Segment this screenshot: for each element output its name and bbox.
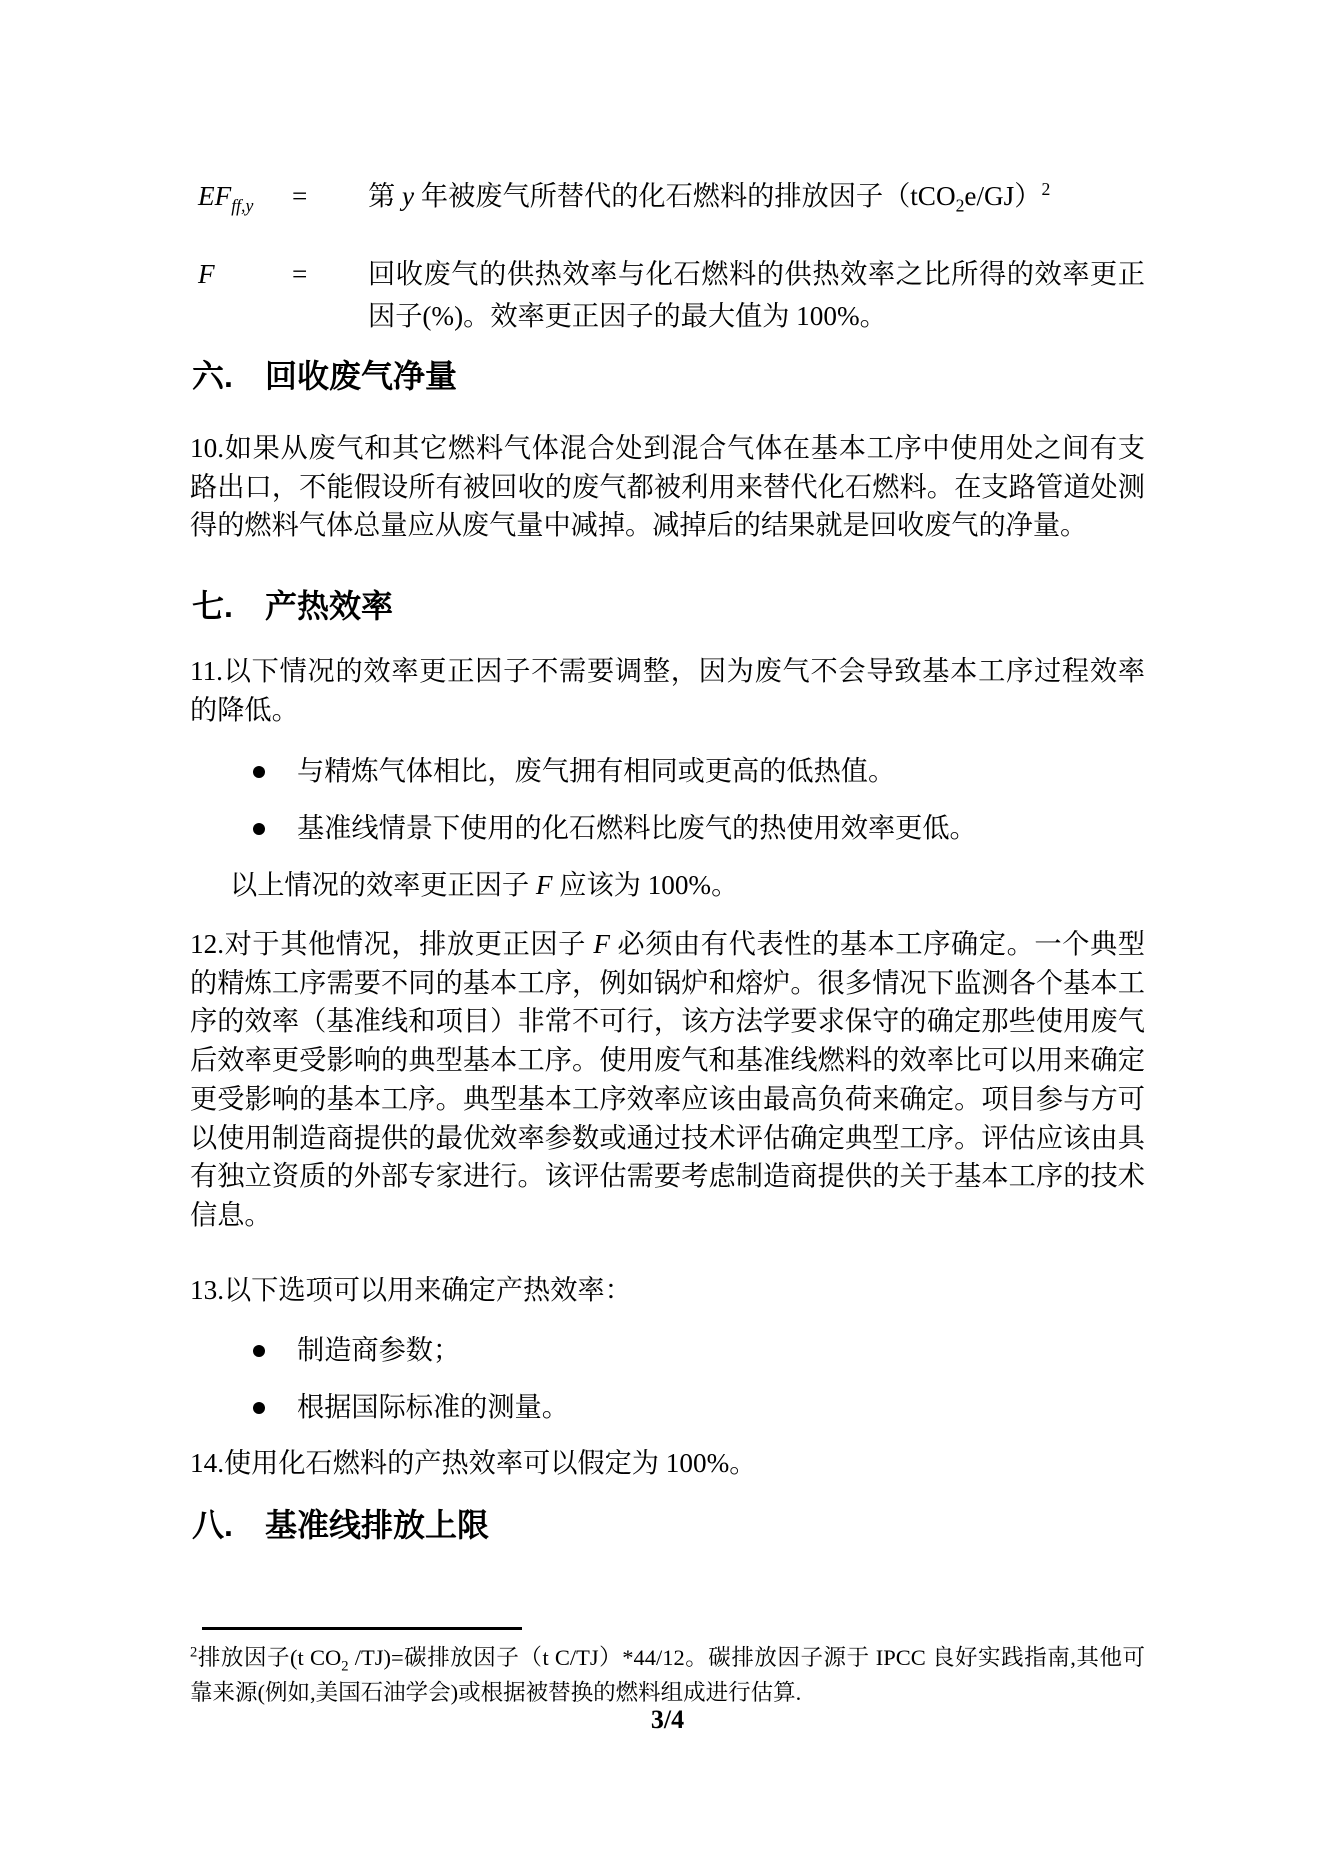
list-item: 根据国际标准的测量。 [253, 1388, 1145, 1427]
bullet-icon [253, 823, 265, 835]
section-number: 七. [192, 586, 265, 626]
inline-variable-f: F [593, 929, 610, 959]
footnote-text-part: 排放因子(t CO [197, 1645, 341, 1670]
note-text-part: 应该为 100%。 [552, 870, 738, 900]
variable-subscript: ff,y [231, 195, 253, 215]
note-text-part: 以上情况的效率更正因子 [230, 870, 536, 900]
section-number: 八. [192, 1505, 265, 1545]
variable-symbol-f: F [198, 253, 292, 337]
list-item: 与精炼气体相比，废气拥有相同或更高的低热值。 [253, 752, 1145, 791]
section-title: 产热效率 [265, 588, 393, 624]
paragraph-14: 14.使用化石燃料的产热效率可以假定为 100%。 [190, 1444, 1145, 1483]
inline-variable-f: F [536, 870, 553, 900]
section-heading-eight: 八.基准线排放上限 [192, 1505, 1145, 1545]
equals-sign: = [292, 253, 368, 337]
list-item-text: 制造商参数； [297, 1335, 460, 1365]
paragraph-12: 12.对于其他情况，排放更正因子 F 必须由有代表性的基本工序确定。一个典型的精… [190, 925, 1145, 1235]
equals-sign: = [292, 175, 368, 217]
document-page: EFff,y = 第 y 年被废气所替代的化石燃料的排放因子（tCO2e/GJ）… [0, 0, 1323, 1871]
section-title: 基准线排放上限 [265, 1507, 489, 1543]
definition-text-part: e/GJ） [964, 181, 1041, 211]
paragraph-text-part: 12.对于其他情况，排放更正因子 [190, 929, 593, 959]
footnote: 2排放因子(t CO2 /TJ)=碳排放因子（t C/TJ）*44/12。碳排放… [190, 1641, 1145, 1710]
section-heading-seven: 七.产热效率 [192, 586, 1145, 626]
co2-subscript: 2 [341, 1659, 348, 1675]
footnote-reference: 2 [1041, 179, 1050, 199]
note-line: 以上情况的效率更正因子 F 应该为 100%。 [230, 866, 1145, 905]
inline-variable-y: y [402, 181, 414, 211]
paragraph-11: 11.以下情况的效率更正因子不需要调整，因为废气不会导致基本工序过程效率的降低。 [190, 652, 1145, 729]
definition-row-f: F = 回收废气的供热效率与化石燃料的供热效率之比所得的效率更正因子(%)。效率… [198, 253, 1145, 337]
list-item: 基准线情景下使用的化石燃料比废气的热使用效率更低。 [253, 809, 1145, 848]
paragraph-13: 13.以下选项可以用来确定产热效率： [190, 1271, 1145, 1310]
section-number: 六. [192, 356, 265, 396]
list-item-text: 与精炼气体相比，废气拥有相同或更高的低热值。 [297, 756, 895, 786]
page-number: 3/4 [190, 1705, 1145, 1735]
footnote-separator [202, 1627, 522, 1630]
definition-text-part: 第 [368, 181, 402, 211]
definition-text-ef: 第 y 年被废气所替代的化石燃料的排放因子（tCO2e/GJ）2 [368, 175, 1145, 217]
paragraph-text-part: 必须由有代表性的基本工序确定。一个典型的精炼工序需要不同的基本工序，例如锅炉和熔… [190, 929, 1145, 1230]
list-item-text: 根据国际标准的测量。 [297, 1392, 569, 1422]
bullet-icon [253, 1402, 265, 1414]
list-item-text: 基准线情景下使用的化石燃料比废气的热使用效率更低。 [297, 813, 977, 843]
section-heading-six: 六.回收废气净量 [192, 356, 1145, 396]
definition-row-ef: EFff,y = 第 y 年被废气所替代的化石燃料的排放因子（tCO2e/GJ）… [198, 175, 1145, 217]
variable-symbol-ef: EFff,y [198, 175, 292, 217]
bullet-icon [253, 1345, 265, 1357]
paragraph-10: 10.如果从废气和其它燃料气体混合处到混合气体在基本工序中使用处之间有支路出口，… [190, 429, 1145, 545]
definition-text-part: 年被废气所替代的化石燃料的排放因子（tCO [414, 181, 956, 211]
section-title: 回收废气净量 [265, 358, 457, 394]
bullet-icon [253, 766, 265, 778]
list-item: 制造商参数； [253, 1331, 1145, 1370]
definition-text-f: 回收废气的供热效率与化石燃料的供热效率之比所得的效率更正因子(%)。效率更正因子… [368, 253, 1145, 337]
